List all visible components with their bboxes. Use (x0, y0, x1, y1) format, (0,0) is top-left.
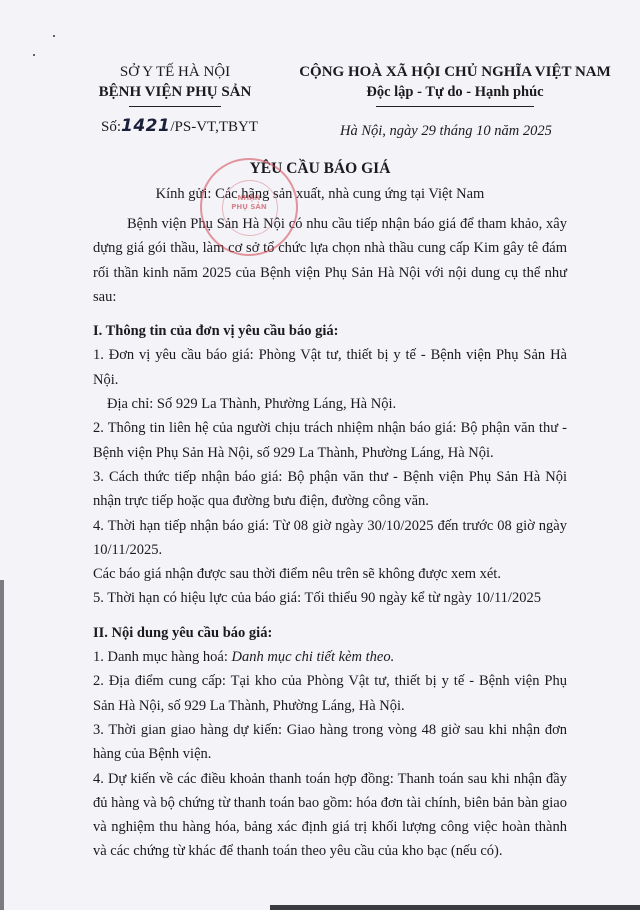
section-2-heading: II. Nội dung yêu cầu báo giá: (93, 621, 567, 645)
section-1-item: 1. Đơn vị yêu cầu báo giá: Phòng Vật tư,… (93, 343, 567, 392)
scan-edge-left (0, 580, 4, 910)
scan-speck (33, 54, 35, 56)
section-1-item: 2. Thông tin liên hệ của người chịu trác… (93, 416, 567, 465)
document-number: Số:1421/PS-VT,TBYT (101, 116, 258, 136)
goods-list-label: 1. Danh mục hàng hoá: (93, 649, 232, 665)
document-body: Bệnh viện Phụ Sản Hà Nội có nhu cầu tiếp… (93, 212, 567, 864)
place-date: Hà Nội, ngày 29 tháng 10 năm 2025 (340, 123, 552, 140)
divider (376, 106, 534, 107)
doc-number-prefix: Số: (101, 119, 121, 135)
nation-title: CỘNG HOÀ XÃ HỘI CHỦ NGHĨA VIỆT NAM (285, 62, 625, 82)
section-1-address: Địa chỉ: Số 929 La Thành, Phường Láng, H… (93, 392, 567, 416)
section-1-note: Các báo giá nhận được sau thời điểm nêu … (93, 562, 567, 586)
section-1-item: 3. Cách thức tiếp nhận báo giá: Bộ phận … (93, 465, 567, 514)
doc-number-handwritten: 1421 (121, 116, 170, 136)
doc-number-suffix: /PS-VT,TBYT (170, 119, 258, 135)
scan-edge-bottom (270, 905, 640, 910)
section-2-item: 4. Dự kiến về các điều khoản thanh toán … (93, 767, 567, 864)
national-motto: Độc lập - Tự do - Hạnh phúc (285, 82, 625, 102)
section-2-item: 3. Thời gian giao hàng dự kiến: Giao hàn… (93, 718, 567, 767)
section-1-item: 5. Thời hạn có hiệu lực của báo giá: Tối… (93, 586, 567, 610)
issuing-authority-block: SỞ Y TẾ HÀ NỘI BỆNH VIỆN PHỤ SẢN (80, 62, 270, 107)
national-header-block: CỘNG HOÀ XÃ HỘI CHỦ NGHĨA VIỆT NAM Độc l… (285, 62, 625, 107)
recipient-line: Kính gửi: Các hãng sản xuất, nhà cung ứn… (0, 186, 640, 203)
goods-list-value: Danh mục chi tiết kèm theo. (232, 649, 395, 665)
document-title: YÊU CẦU BÁO GIÁ (0, 160, 640, 178)
section-1-heading: I. Thông tin của đơn vị yêu cầu báo giá: (93, 319, 567, 343)
section-2-item: 2. Địa điểm cung cấp: Tại kho của Phòng … (93, 669, 567, 718)
authority-name: SỞ Y TẾ HÀ NỘI (80, 62, 270, 82)
divider (129, 106, 221, 107)
intro-paragraph: Bệnh viện Phụ Sản Hà Nội có nhu cầu tiếp… (93, 212, 567, 309)
scan-speck (53, 35, 55, 37)
organization-name: BỆNH VIỆN PHỤ SẢN (80, 82, 270, 102)
section-1-item: 4. Thời hạn tiếp nhận báo giá: Từ 08 giờ… (93, 514, 567, 563)
scanned-document-page: SỞ Y TẾ HÀ NỘI BỆNH VIỆN PHỤ SẢN Số:1421… (0, 0, 640, 910)
section-2-item: 1. Danh mục hàng hoá: Danh mục chi tiết … (93, 645, 567, 669)
